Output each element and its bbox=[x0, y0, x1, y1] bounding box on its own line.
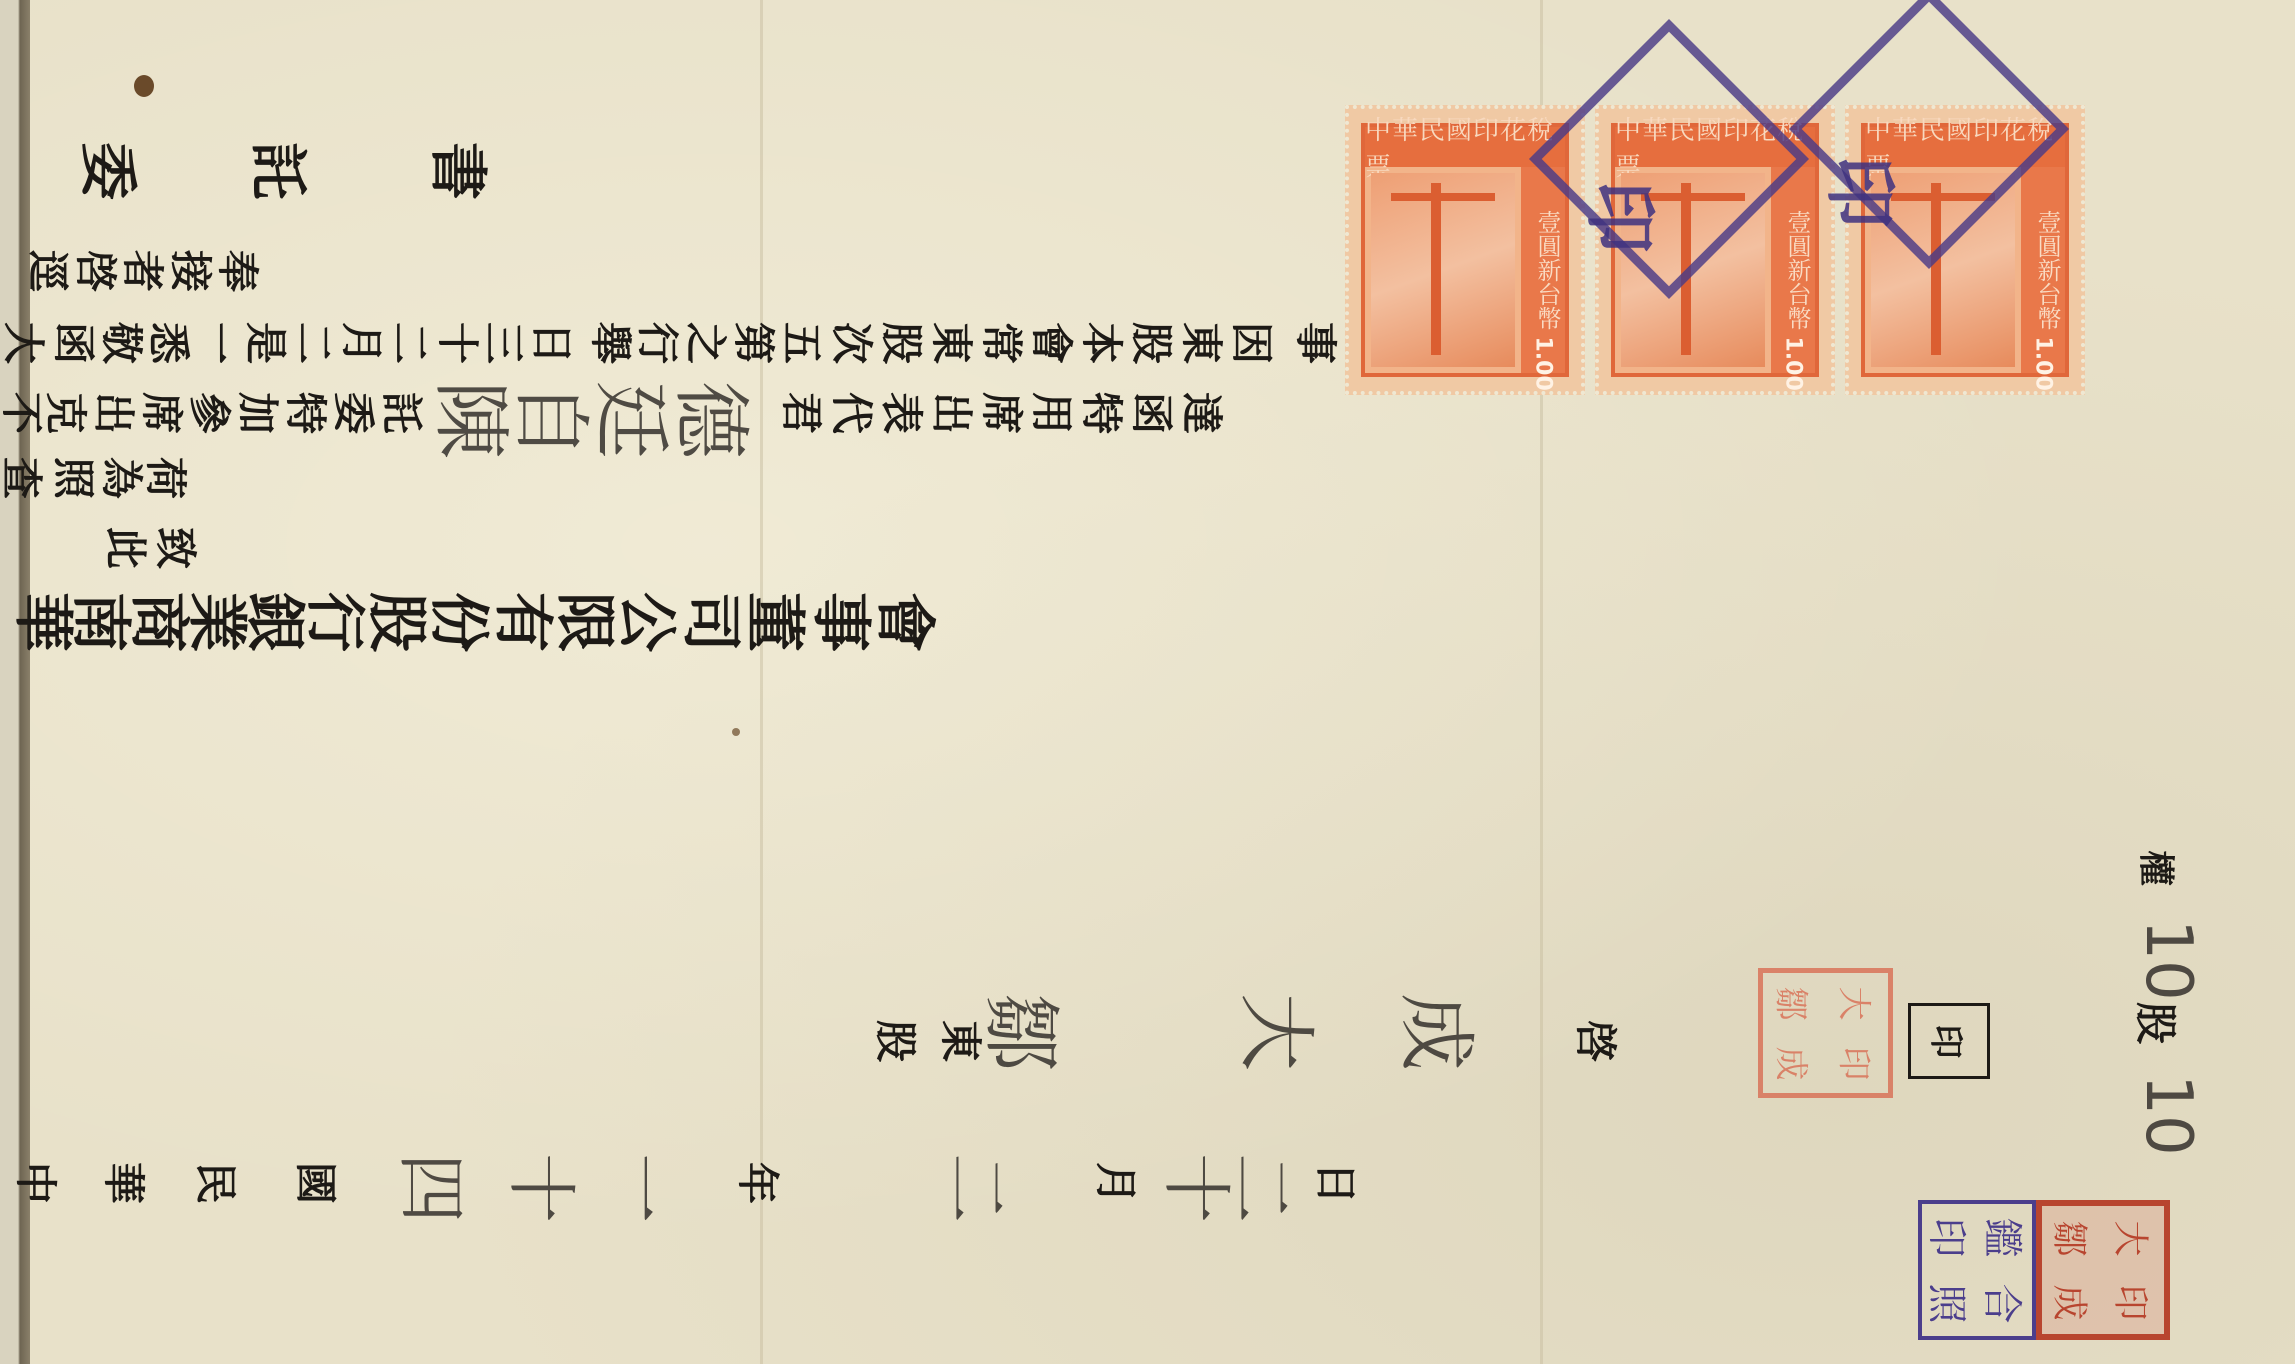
stamp-char: 成 bbox=[2047, 1284, 2098, 1320]
text-char: 之 bbox=[680, 320, 726, 366]
text-char: 荷 bbox=[140, 455, 186, 501]
text-char: 有 bbox=[488, 590, 552, 654]
seal-box: 印 bbox=[1908, 1003, 1990, 1079]
text-char: 會 bbox=[1026, 320, 1072, 366]
text-char: 是 bbox=[240, 320, 286, 366]
text-char: 出 bbox=[88, 390, 134, 436]
text-char: 次 bbox=[826, 320, 872, 366]
seal-char: 印 bbox=[1832, 1046, 1881, 1080]
text-char: 商 bbox=[124, 590, 188, 654]
text-char: 十 bbox=[432, 320, 478, 366]
text-char: 特 bbox=[280, 390, 326, 436]
signature-char: 成 bbox=[1390, 990, 1474, 1074]
text-char: 股 bbox=[876, 320, 922, 366]
text-char: 業 bbox=[182, 590, 246, 654]
stamp-currency: 新台幣 bbox=[1783, 258, 1811, 330]
text-char: 事 bbox=[806, 590, 870, 654]
text-char: 日 bbox=[526, 320, 572, 366]
cancellation-text: 印 bbox=[1574, 181, 1678, 253]
text-char: 此 bbox=[100, 525, 146, 571]
text-char: 行 bbox=[632, 320, 678, 366]
text-char: 日 bbox=[1310, 1160, 1356, 1206]
text-char: 參 bbox=[184, 390, 230, 436]
stamp-char: 鑑 bbox=[1976, 1217, 2033, 1257]
cancellation-text: 印 bbox=[1814, 156, 1918, 228]
year-handwritten: 一 bbox=[600, 1150, 676, 1226]
text-char: 中 bbox=[10, 1160, 56, 1206]
stamp-char: 印 bbox=[1921, 1217, 1978, 1257]
text-char: 為 bbox=[96, 455, 142, 501]
text-char: 奉 bbox=[212, 248, 258, 294]
year-handwritten: 四 bbox=[390, 1150, 466, 1226]
text-char: 第 bbox=[728, 320, 774, 366]
text-char: 東 bbox=[926, 320, 972, 366]
text-char: 股 bbox=[1126, 320, 1172, 366]
text-char: 三 bbox=[478, 320, 524, 366]
text-char: 代 bbox=[826, 390, 872, 436]
text-char: 敬 bbox=[96, 320, 142, 366]
proxy-name-char: 德 bbox=[665, 378, 749, 462]
vote-count: 10 bbox=[2130, 915, 2200, 1005]
text-char: 月 bbox=[336, 320, 382, 366]
text-char: 常 bbox=[976, 320, 1022, 366]
seal-char: 鄒 bbox=[1770, 986, 1819, 1020]
text-char: 悉 bbox=[143, 320, 189, 366]
text-char: 加 bbox=[232, 390, 278, 436]
ink-stain bbox=[134, 75, 154, 97]
stamp-denomination: 壹圓 bbox=[1533, 210, 1561, 258]
stamp-value: 1.00 bbox=[1531, 337, 1556, 373]
text-char: 司 bbox=[676, 590, 740, 654]
day-handwritten: 二 bbox=[1220, 1150, 1296, 1226]
text-char: 民 bbox=[190, 1160, 236, 1206]
text-char: 權 bbox=[2128, 845, 2174, 891]
text-char: 銀 bbox=[240, 590, 304, 654]
title-char: 書 bbox=[425, 140, 487, 202]
text-char: 特 bbox=[1076, 390, 1122, 436]
text-char: 南 bbox=[66, 590, 130, 654]
text-char: 舉 bbox=[585, 320, 631, 366]
text-char: 股 bbox=[870, 1018, 916, 1064]
text-char: 接 bbox=[165, 248, 211, 294]
text-char: 月 bbox=[1090, 1160, 1136, 1206]
stamp-char: 大 bbox=[2108, 1220, 2159, 1256]
stamp-value: 1.00 bbox=[2031, 337, 2056, 373]
share-count: 10 bbox=[2130, 1070, 2200, 1160]
signature-char: 大 bbox=[1230, 990, 1314, 1074]
seal-char: 大 bbox=[1832, 986, 1881, 1020]
text-char: 限 bbox=[550, 590, 614, 654]
text-char: 席 bbox=[976, 390, 1022, 436]
title-char: 委 bbox=[75, 140, 137, 202]
text-char: 不 bbox=[0, 390, 42, 436]
ink-stain bbox=[732, 728, 740, 736]
text-char: 啓 bbox=[1570, 1018, 1616, 1064]
text-char: 華 bbox=[8, 590, 72, 654]
seal-verification-stamp: 印 鑑 照 合 鄒 大 成 印 bbox=[1918, 1200, 2170, 1340]
proxy-name-char: 陳 bbox=[425, 378, 509, 462]
text-char: 東 bbox=[1176, 320, 1222, 366]
proxy-name-char: 廷 bbox=[585, 378, 669, 462]
text-char: 國 bbox=[290, 1160, 336, 1206]
text-char: 委 bbox=[328, 390, 374, 436]
stamp-char: 照 bbox=[1921, 1283, 1978, 1323]
stamp-char: 鄒 bbox=[2047, 1220, 2098, 1256]
text-char: 董 bbox=[740, 590, 804, 654]
signature-char: 鄒 bbox=[975, 990, 1059, 1074]
text-char: 會 bbox=[870, 590, 934, 654]
text-char: 致 bbox=[150, 525, 196, 571]
title-char: 託 bbox=[245, 140, 307, 202]
text-char: 查 bbox=[0, 455, 42, 501]
stamp-denomination: 壹圓 bbox=[1783, 210, 1811, 258]
text-char: 表 bbox=[876, 390, 922, 436]
text-char: 本 bbox=[1076, 320, 1122, 366]
stamp-currency: 新台幣 bbox=[1533, 258, 1561, 330]
text-char: 行 bbox=[300, 590, 364, 654]
text-char: 二 bbox=[288, 320, 334, 366]
stamp-currency: 新台幣 bbox=[2033, 258, 2061, 330]
stamp-denomination: 壹圓 bbox=[2033, 210, 2061, 258]
text-char: 託 bbox=[376, 390, 422, 436]
text-char: 出 bbox=[926, 390, 972, 436]
text-char: 份 bbox=[424, 590, 488, 654]
stamp-char: 合 bbox=[1976, 1283, 2033, 1323]
text-char: 啓 bbox=[70, 248, 116, 294]
seal-char: 成 bbox=[1770, 1046, 1819, 1080]
text-char: 函 bbox=[48, 320, 94, 366]
stamp-value: 1.00 bbox=[1781, 337, 1806, 373]
seal-box-label: 印 bbox=[1925, 1024, 1974, 1058]
text-char: 公 bbox=[612, 590, 676, 654]
signer-seal: 鄒 大 成 印 bbox=[1758, 968, 1893, 1098]
text-char: 逕 bbox=[22, 248, 68, 294]
text-char: 一 bbox=[193, 320, 239, 366]
year-handwritten: 十 bbox=[500, 1150, 576, 1226]
text-char: 因 bbox=[1226, 320, 1272, 366]
month-handwritten: 二 bbox=[935, 1150, 1011, 1226]
text-char: 克 bbox=[40, 390, 86, 436]
text-char: 君 bbox=[776, 390, 822, 436]
text-char: 股 bbox=[2130, 1000, 2176, 1046]
proxy-name-char: 自 bbox=[505, 378, 589, 462]
text-char: 股 bbox=[362, 590, 426, 654]
text-char: 大 bbox=[0, 320, 44, 366]
text-char: 席 bbox=[136, 390, 182, 436]
text-char: 華 bbox=[98, 1160, 144, 1206]
text-char: 達 bbox=[1176, 390, 1222, 436]
text-char: 年 bbox=[732, 1160, 778, 1206]
text-char: 五 bbox=[776, 320, 822, 366]
text-char: 用 bbox=[1026, 390, 1072, 436]
text-char: 函 bbox=[1126, 390, 1172, 436]
stamp-char: 印 bbox=[2108, 1284, 2159, 1320]
verification-seal: 鄒 大 成 印 bbox=[2036, 1200, 2170, 1340]
text-char: 事 bbox=[1290, 320, 1336, 366]
verification-label: 印 鑑 照 合 bbox=[1918, 1200, 2036, 1340]
text-char: 者 bbox=[117, 248, 163, 294]
text-char: 照 bbox=[48, 455, 94, 501]
text-char: 二 bbox=[384, 320, 430, 366]
